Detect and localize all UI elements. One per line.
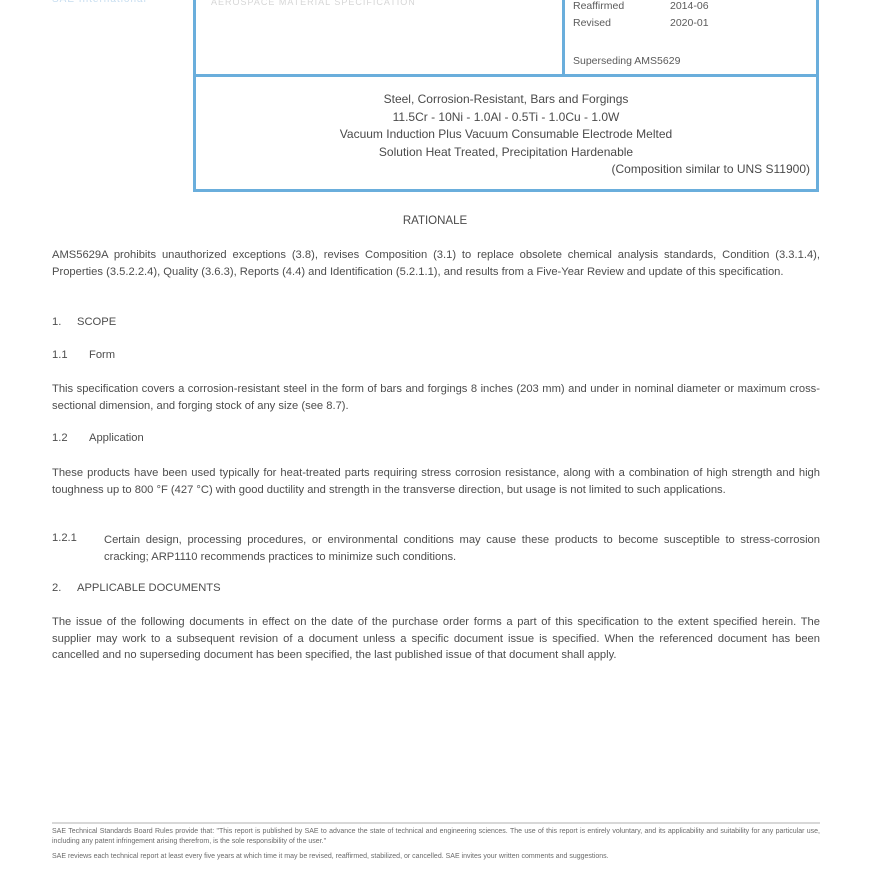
superseding-note: Superseding AMS5629 xyxy=(573,55,680,67)
rationale-heading: RATIONALE xyxy=(0,215,870,227)
date-label: Revised xyxy=(573,17,670,29)
section-number: 1.2 xyxy=(52,432,68,444)
date-value: 2020-01 xyxy=(670,17,709,29)
footer-disclaimer: SAE Technical Standards Board Rules prov… xyxy=(52,827,820,846)
application-note-text: Certain design, processing procedures, o… xyxy=(104,532,820,565)
date-row-revised: Revised 2020-01 xyxy=(573,17,709,29)
composition-note: (Composition similar to UNS S11900) xyxy=(196,161,816,179)
rationale-text: AMS5629A prohibits unauthorized exceptio… xyxy=(52,247,820,280)
title-line: Solution Heat Treated, Precipitation Har… xyxy=(196,144,816,162)
section-number: 1.2.1 xyxy=(52,532,77,544)
header-top-row: AEROSPACE MATERIAL SPECIFICATION Reaffir… xyxy=(196,0,816,77)
title-line: Vacuum Induction Plus Vacuum Consumable … xyxy=(196,126,816,144)
document-type-label: AEROSPACE MATERIAL SPECIFICATION xyxy=(211,0,416,7)
form-text: This specification covers a corrosion-re… xyxy=(52,381,820,414)
header-dates-cell: Reaffirmed 2014-06 Revised 2020-01 Super… xyxy=(562,0,816,74)
section-number: 1. xyxy=(52,316,61,328)
title-line: Steel, Corrosion-Resistant, Bars and For… xyxy=(196,91,816,109)
title-line: 11.5Cr - 10Ni - 1.0Al - 0.5Ti - 1.0Cu - … xyxy=(196,109,816,127)
applicable-documents-text: The issue of the following documents in … xyxy=(52,614,820,664)
footer-divider xyxy=(52,822,820,824)
header-title-cell: AEROSPACE MATERIAL SPECIFICATION xyxy=(196,0,562,74)
sae-logo: SAE International xyxy=(52,0,172,6)
section-title-form: Form xyxy=(89,349,115,361)
section-number: 2. xyxy=(52,582,61,594)
section-title-application: Application xyxy=(89,432,144,444)
section-title-scope: SCOPE xyxy=(77,316,116,328)
date-value: 2014-06 xyxy=(670,0,709,12)
section-number: 1.1 xyxy=(52,349,68,361)
header-box: AEROSPACE MATERIAL SPECIFICATION Reaffir… xyxy=(193,0,819,192)
date-label: Reaffirmed xyxy=(573,0,670,12)
date-row-reaffirmed: Reaffirmed 2014-06 xyxy=(573,0,709,12)
footer-review-note: SAE reviews each technical report at lea… xyxy=(52,852,820,862)
specification-title: Steel, Corrosion-Resistant, Bars and For… xyxy=(196,91,816,179)
section-title-applicable-documents: APPLICABLE DOCUMENTS xyxy=(77,582,221,594)
application-text: These products have been used typically … xyxy=(52,465,820,498)
